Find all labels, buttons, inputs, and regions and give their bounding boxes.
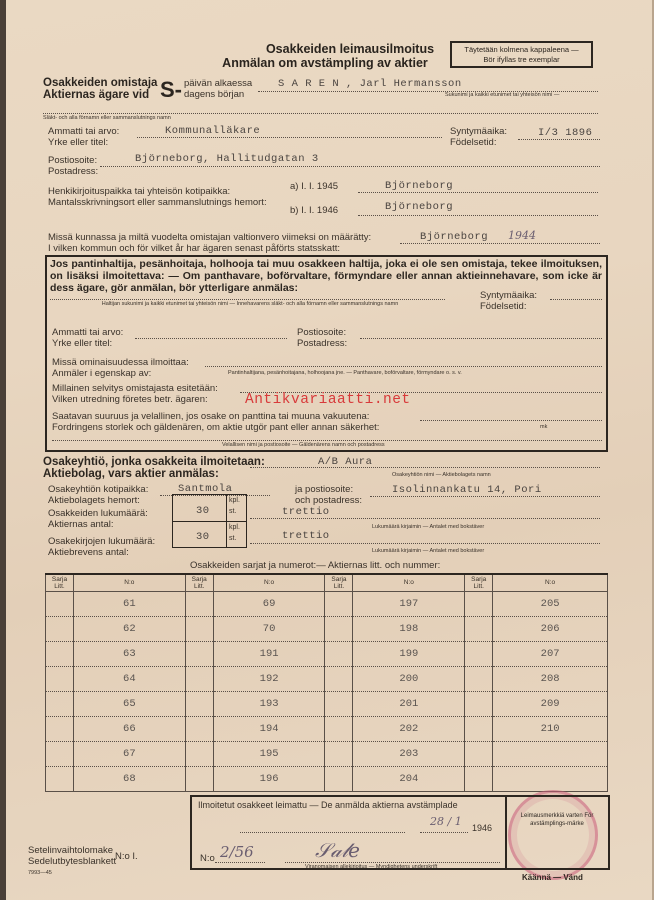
share-number: 68 (73, 766, 185, 791)
capacity-label-fi: Missä ominaisuudessa ilmoittaa: (52, 357, 189, 368)
capacity-label-sv: Anmäler i egenskap av: (52, 368, 151, 379)
title-fi: Osakkeiden leimausilmoitus (250, 42, 450, 56)
claim-label-sv: Fordringens storlek och gäldenären, om a… (52, 422, 379, 433)
claim-label-fi: Saatavan suuruus ja velallinen, jos osak… (52, 411, 369, 422)
no-header: N:o (493, 574, 608, 591)
tax-label-sv: I vilken kommun och för vilket år har äg… (48, 243, 340, 254)
day-letter: S- (160, 77, 182, 103)
no-header: N:o (73, 574, 185, 591)
date-year: 1946 (472, 823, 492, 834)
company-domicile-label-fi: Osakeyhtiön kotipaikka: (48, 484, 148, 495)
unit-fi-2: kpl. (229, 524, 240, 531)
copies-box: Täytetään kolmena kappaleena — Bör ifyll… (450, 41, 593, 68)
share-number: 210 (493, 716, 608, 741)
share-number: 205 (493, 591, 608, 616)
share-number: 61 (73, 591, 185, 616)
holder-name-hint: Haltijan sukunimi ja kaikki etunimet tai… (85, 301, 415, 308)
name-hint-sv: Släkt- och alla förnamn eller sammanslut… (43, 115, 171, 122)
share-number: 67 (73, 741, 185, 766)
address-field[interactable]: Björneborg, Hallitudgatan 3 (135, 153, 319, 165)
table-row: 66194202210 (46, 716, 608, 741)
birth-label-fi: Syntymäaika: (450, 126, 507, 137)
series-header: Sarja Litt. (185, 574, 213, 591)
claim-unit: mk (540, 424, 547, 431)
company-domicile-label-sv: Aktiebolagets hemort: (48, 495, 140, 506)
title-sv: Anmälan om avstämpling av aktier (200, 56, 450, 70)
owner-label-sv: Aktiernas ägare vid (43, 89, 149, 101)
form-name-sv: Sedelutbytesblankett (28, 856, 116, 867)
share-number: 192 (213, 666, 325, 691)
share-number: 64 (73, 666, 185, 691)
share-number: 191 (213, 641, 325, 666)
holder-occupation-label-fi: Ammatti tai arvo: (52, 327, 123, 338)
holder-birth-label-sv: Födelsetid: (480, 301, 526, 312)
series-header: Sarja Litt. (46, 574, 74, 591)
address-label-fi: Postiosoite: (48, 155, 97, 166)
share-number: 207 (493, 641, 608, 666)
debtor-hint: Velallisen nimi ja postiosoite — Gäldenä… (222, 442, 385, 449)
company-label-fi: Osakeyhtiö, jonka osakkeita ilmoitetaan: (43, 456, 265, 468)
holder-occupation-label-sv: Yrke eller titel: (52, 338, 112, 349)
shares-words-field[interactable]: trettio (282, 506, 330, 518)
occupation-label-fi: Ammatti tai arvo: (48, 126, 119, 137)
shares-table: Sarja Litt. N:o Sarja Litt. N:o Sarja Li… (45, 573, 608, 792)
share-number: 198 (353, 616, 465, 641)
report-label-fi: Millainen selvitys omistajasta esitetään… (52, 383, 218, 394)
day-sv: dagens början (184, 89, 244, 100)
turn-over-label: Käännä — Vänd (522, 873, 583, 882)
domicile-b-label: b) I. I. 1946 (290, 205, 338, 216)
share-number: 63 (73, 641, 185, 666)
copies-fi: Täytetään kolmena kappaleena — (452, 45, 591, 55)
signature-hint: Viranomaisen allekirjoitus — Myndigheten… (305, 864, 437, 871)
domicile-b-field[interactable]: Björneborg (385, 201, 453, 213)
share-number: 66 (73, 716, 185, 741)
share-number: 70 (213, 616, 325, 641)
no-handwritten: 2/56 (220, 843, 254, 861)
domicile-a-label: a) I. I. 1945 (290, 181, 338, 192)
share-number (493, 766, 608, 791)
certs-label-sv: Aktiebrevens antal: (48, 547, 129, 558)
share-number: 200 (353, 666, 465, 691)
share-number: 195 (213, 741, 325, 766)
unit-sv-1: st. (229, 508, 236, 515)
copies-sv: Bör ifyllas tre exemplar (452, 55, 591, 65)
day-fi: päivän alkaessa (184, 78, 252, 89)
share-number: 194 (213, 716, 325, 741)
company-label-sv: Aktiebolag, vars aktier anmälas: (43, 468, 219, 480)
address-label-sv: Postadress: (48, 166, 98, 177)
table-row: 68196204 (46, 766, 608, 791)
domicile-label-sv: Mantalsskrivningsort eller sammanslutnin… (48, 197, 267, 208)
owner-name-field[interactable]: S A R E N , Jarl Hermansson (278, 78, 462, 90)
share-number: 65 (73, 691, 185, 716)
share-number (493, 741, 608, 766)
table-row: 64192200208 (46, 666, 608, 691)
words-hint-2: Lukumäärä kirjaimin — Antalet med bokstä… (372, 548, 484, 555)
no-header: N:o (213, 574, 325, 591)
company-name-hint: Osakeyhtiön nimi — Aktiebolagets namn (392, 472, 491, 479)
unit-fi-1: kpl. (229, 497, 240, 504)
table-row: 65193201209 (46, 691, 608, 716)
share-number: 208 (493, 666, 608, 691)
shares-table-caption: Osakkeiden sarjat ja numerot:— Aktiernas… (190, 560, 440, 571)
name-hint-fi: Sukunimi ja kaikki etunimet tai yhteisön… (445, 92, 559, 99)
report-label-sv: Vilken utredning företes betr. ägaren: (52, 394, 208, 405)
shares-label-fi: Osakkeiden lukumäärä: (48, 508, 148, 519)
tax-label-fi: Missä kunnassa ja miltä vuodelta omistaj… (48, 232, 371, 243)
share-number: 199 (353, 641, 465, 666)
table-row: 6169197205 (46, 591, 608, 616)
shares-count-field[interactable]: 30 (196, 505, 210, 517)
signature: 𝒮𝒶𝓁𝑒 (315, 838, 360, 862)
date-day-month: 28 / 1 (430, 815, 462, 828)
form-number: N:o I. (115, 851, 138, 862)
occupation-field[interactable]: Kommunalläkare (165, 125, 260, 137)
owner-label-fi: Osakkeiden omistaja (43, 77, 157, 89)
watermark: Antikvariaatti.net (245, 392, 411, 408)
holder-address-label-sv: Postadress: (297, 338, 347, 349)
words-hint-1: Lukumäärä kirjaimin — Antalet med bokstä… (372, 524, 484, 531)
share-number: 204 (353, 766, 465, 791)
tax-field[interactable]: Björneborg (420, 231, 488, 243)
stamped-text: Ilmoitetut osakkeet leimattu — De anmäld… (198, 800, 458, 811)
holder-birth-label-fi: Syntymäaika: (480, 290, 537, 301)
share-number: 193 (213, 691, 325, 716)
share-number: 201 (353, 691, 465, 716)
occupation-label-sv: Yrke eller titel: (48, 137, 108, 148)
no-header: N:o (353, 574, 465, 591)
share-number: 202 (353, 716, 465, 741)
share-number: 206 (493, 616, 608, 641)
table-row: 63191199207 (46, 641, 608, 666)
postal-label-fi: ja postiosoite: (295, 484, 353, 495)
series-header: Sarja Litt. (325, 574, 353, 591)
tax-year-handwritten: 1944 (508, 229, 536, 242)
domicile-label-fi: Henkikirjoituspaikka tai yhteisön kotipa… (48, 186, 230, 197)
no-label: N:o (200, 853, 215, 864)
unit-sv-2: st. (229, 535, 236, 542)
stamp-space-label: Leimausmerkkiä varten För avstämplings-m… (512, 812, 602, 828)
table-row: 67195203 (46, 741, 608, 766)
certs-label-fi: Osakekirjojen lukumäärä: (48, 536, 155, 547)
capacity-hint: Pantinhaltijana, pesänhoitajana, holhooj… (228, 370, 462, 377)
share-number: 62 (73, 616, 185, 641)
birth-field[interactable]: I/3 1896 (538, 127, 592, 139)
print-code: 7993—45 (28, 870, 52, 877)
birth-label-sv: Födelsetid: (450, 137, 496, 148)
share-number: 197 (353, 591, 465, 616)
series-header: Sarja Litt. (465, 574, 493, 591)
certs-words-field[interactable]: trettio (282, 530, 330, 542)
share-number: 196 (213, 766, 325, 791)
form-name-fi: Setelinvaihtolomake (28, 845, 113, 856)
domicile-a-field[interactable]: Björneborg (385, 180, 453, 192)
postal-label-sv: och postadress: (295, 495, 362, 506)
share-number: 69 (213, 591, 325, 616)
certs-count-field[interactable]: 30 (196, 531, 210, 543)
shares-label-sv: Aktiernas antal: (48, 519, 113, 530)
postal-field[interactable]: Isolinnankatu 14, Pori (392, 484, 542, 496)
share-number: 203 (353, 741, 465, 766)
holder-address-label-fi: Postiosoite: (297, 327, 346, 338)
table-row: 6270198206 (46, 616, 608, 641)
share-number: 209 (493, 691, 608, 716)
holder-heading: Jos pantinhaltija, pesänhoitaja, holhooj… (50, 258, 602, 294)
